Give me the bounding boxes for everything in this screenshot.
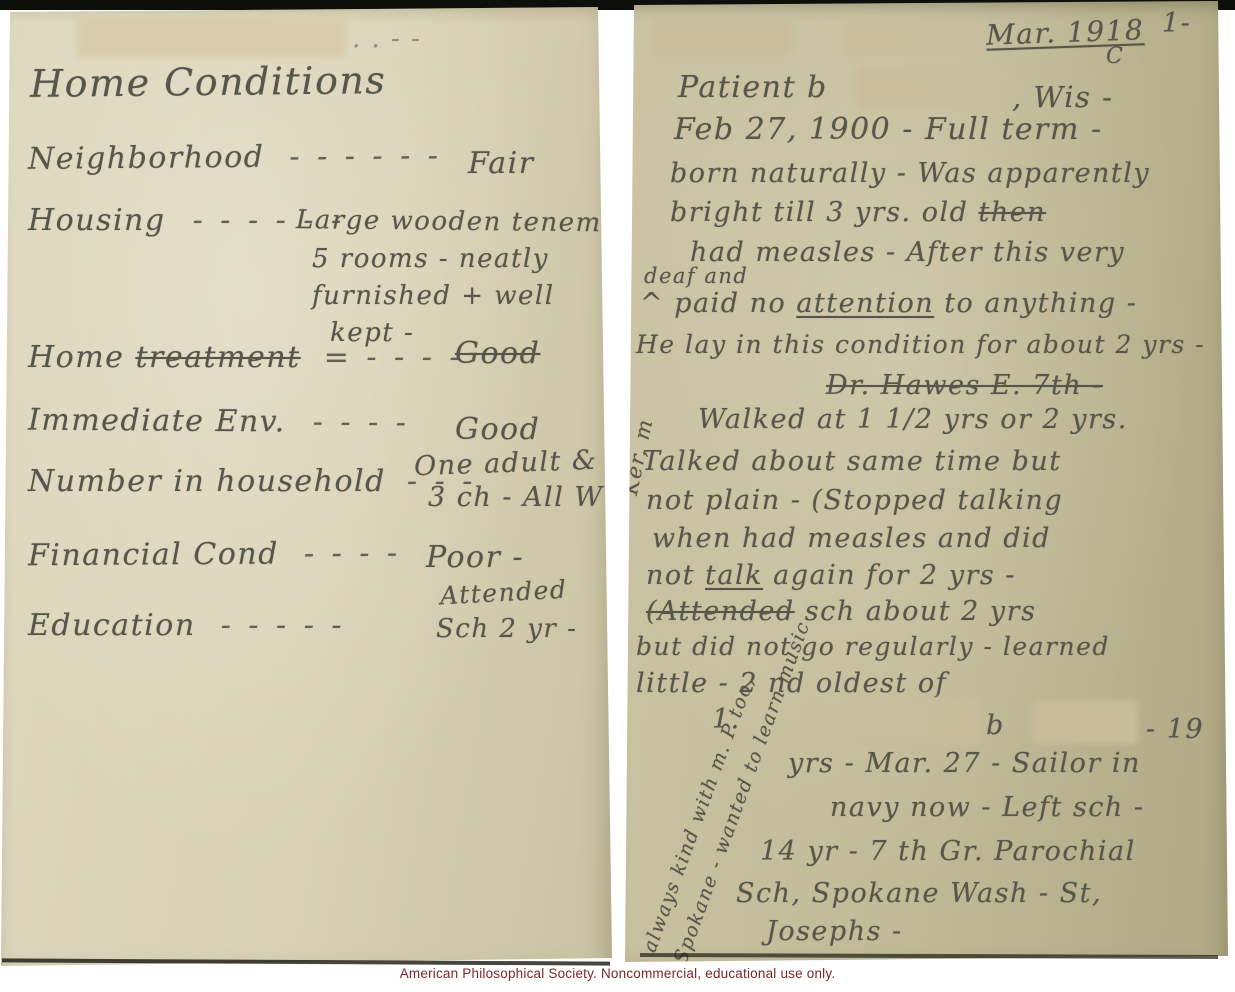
redaction-blur	[844, 698, 980, 744]
field-education-value-line: Sch 2 yr -	[436, 614, 577, 644]
leader-dashes: - - - - -	[221, 608, 346, 643]
note-line: Talked about same time but	[642, 446, 1062, 477]
sibling-b: b	[986, 710, 1005, 741]
leader-dashes: = - - - -	[324, 340, 464, 375]
sibling-tail: - 19	[1146, 714, 1204, 745]
credit-line: American Philosophical Society. Noncomme…	[0, 966, 1235, 981]
field-immediate-env-value: Good	[455, 412, 540, 447]
note-segment: ^ paid no	[640, 288, 796, 319]
redaction-blur	[76, 16, 346, 58]
field-immediate-env: Immediate Env. - - - -	[28, 403, 410, 441]
redaction-blur	[1032, 700, 1138, 744]
field-financial-cond: Financial Cond - - - -	[28, 536, 401, 574]
left-page: . . - - Home Conditions Neighborhood - -…	[0, 0, 618, 972]
field-neighborhood-value: Fair	[468, 146, 535, 181]
note-line: Sch, Spokane Wash - St,	[736, 878, 1102, 909]
field-neighborhood: Neighborhood - - - - - -	[28, 138, 442, 177]
note-line: navy now - Left sch -	[830, 792, 1145, 823]
note-line: yrs - Mar. 27 - Sailor in	[788, 748, 1141, 779]
section-title: Home Conditions	[30, 58, 387, 106]
note-line: (Attended sch about 2 yrs	[646, 596, 1036, 627]
note-line: Feb 27, 1900 - Full term -	[674, 112, 1103, 147]
note-segment: sch about 2 yrs	[795, 596, 1037, 627]
note-line: had measles - After this very	[690, 237, 1125, 268]
note-line: bright till 3 yrs. old then	[670, 197, 1046, 228]
redaction-blur	[652, 20, 792, 56]
note-line: born naturally - Was apparently	[670, 158, 1150, 189]
note-line: Josephs -	[766, 916, 903, 947]
field-education-value-line: Attended	[439, 575, 568, 611]
right-page: Mar. 1918 C 1- Patient b , Wis - Feb 27,…	[618, 0, 1235, 968]
field-label: Neighborhood	[28, 140, 265, 177]
document-scan: . . - - Home Conditions Neighborhood - -…	[0, 0, 1235, 992]
field-label: Financial Cond	[28, 537, 279, 574]
note-line: not talk again for 2 yrs -	[646, 560, 1016, 591]
patient-line-post: , Wis -	[1012, 80, 1113, 114]
letter-c-mark: C	[1106, 44, 1124, 69]
field-number-household: Number in household - - -	[28, 464, 476, 499]
header-trailing-marks: . . - -	[352, 24, 421, 54]
field-label: Housing	[28, 203, 166, 238]
field-education: Education - - - - -	[28, 608, 346, 643]
underlined-word: attention	[796, 288, 934, 319]
field-housing-value-line: 5 rooms - neatly	[312, 244, 549, 274]
note-segment: to anything -	[934, 288, 1137, 319]
leader-dashes: - - - -	[313, 405, 410, 441]
note-segment: not	[646, 560, 705, 591]
field-number-household-value-line: 3 ch - All W	[428, 482, 604, 513]
struck-word: then	[978, 197, 1046, 228]
note-line: 14 yr - 7 th Gr. Parochial	[760, 836, 1136, 867]
inserted-note: deaf and	[644, 264, 748, 288]
underlined-word: talk	[705, 560, 763, 591]
redaction-blur	[856, 66, 1008, 108]
note-line: He lay in this condition for about 2 yrs…	[636, 330, 1205, 359]
note-line: Walked at 1 1/2 yrs or 2 yrs.	[698, 404, 1128, 435]
field-label: Immediate Env.	[28, 403, 286, 440]
field-housing-value-line: Large wooden tenement-	[296, 205, 618, 239]
struck-word: treatment	[135, 340, 300, 375]
note-line: not plain - (Stopped talking	[646, 485, 1063, 516]
leader-dashes: - - - - - -	[289, 138, 442, 174]
field-housing-value-line: furnished + well	[312, 281, 555, 311]
field-label: Education	[28, 608, 196, 643]
note-line: but did not go regularly - learned	[636, 632, 1110, 661]
leader-dashes: - - - -	[304, 536, 401, 572]
redaction-blur	[844, 22, 982, 56]
page-number: 1-	[1162, 8, 1191, 39]
field-label: Number in household	[28, 464, 386, 499]
patient-line-pre: Patient b	[678, 70, 828, 105]
note-line: ^ paid no attention to anything -	[640, 288, 1137, 319]
field-home-treatment-value: Good	[455, 336, 540, 371]
struck-line: Dr. Hawes E. 7th -	[826, 370, 1103, 401]
field-label: Home	[28, 340, 135, 375]
field-financial-cond-value: Poor -	[426, 540, 524, 575]
note-line: when had measles and did	[652, 523, 1051, 554]
note-segment: bright till 3 yrs. old	[670, 197, 978, 228]
field-number-household-value-line: One adult &	[414, 445, 598, 482]
note-segment: again for 2 yrs -	[763, 560, 1016, 591]
field-home-treatment: Home treatment = - - - -	[28, 340, 464, 375]
